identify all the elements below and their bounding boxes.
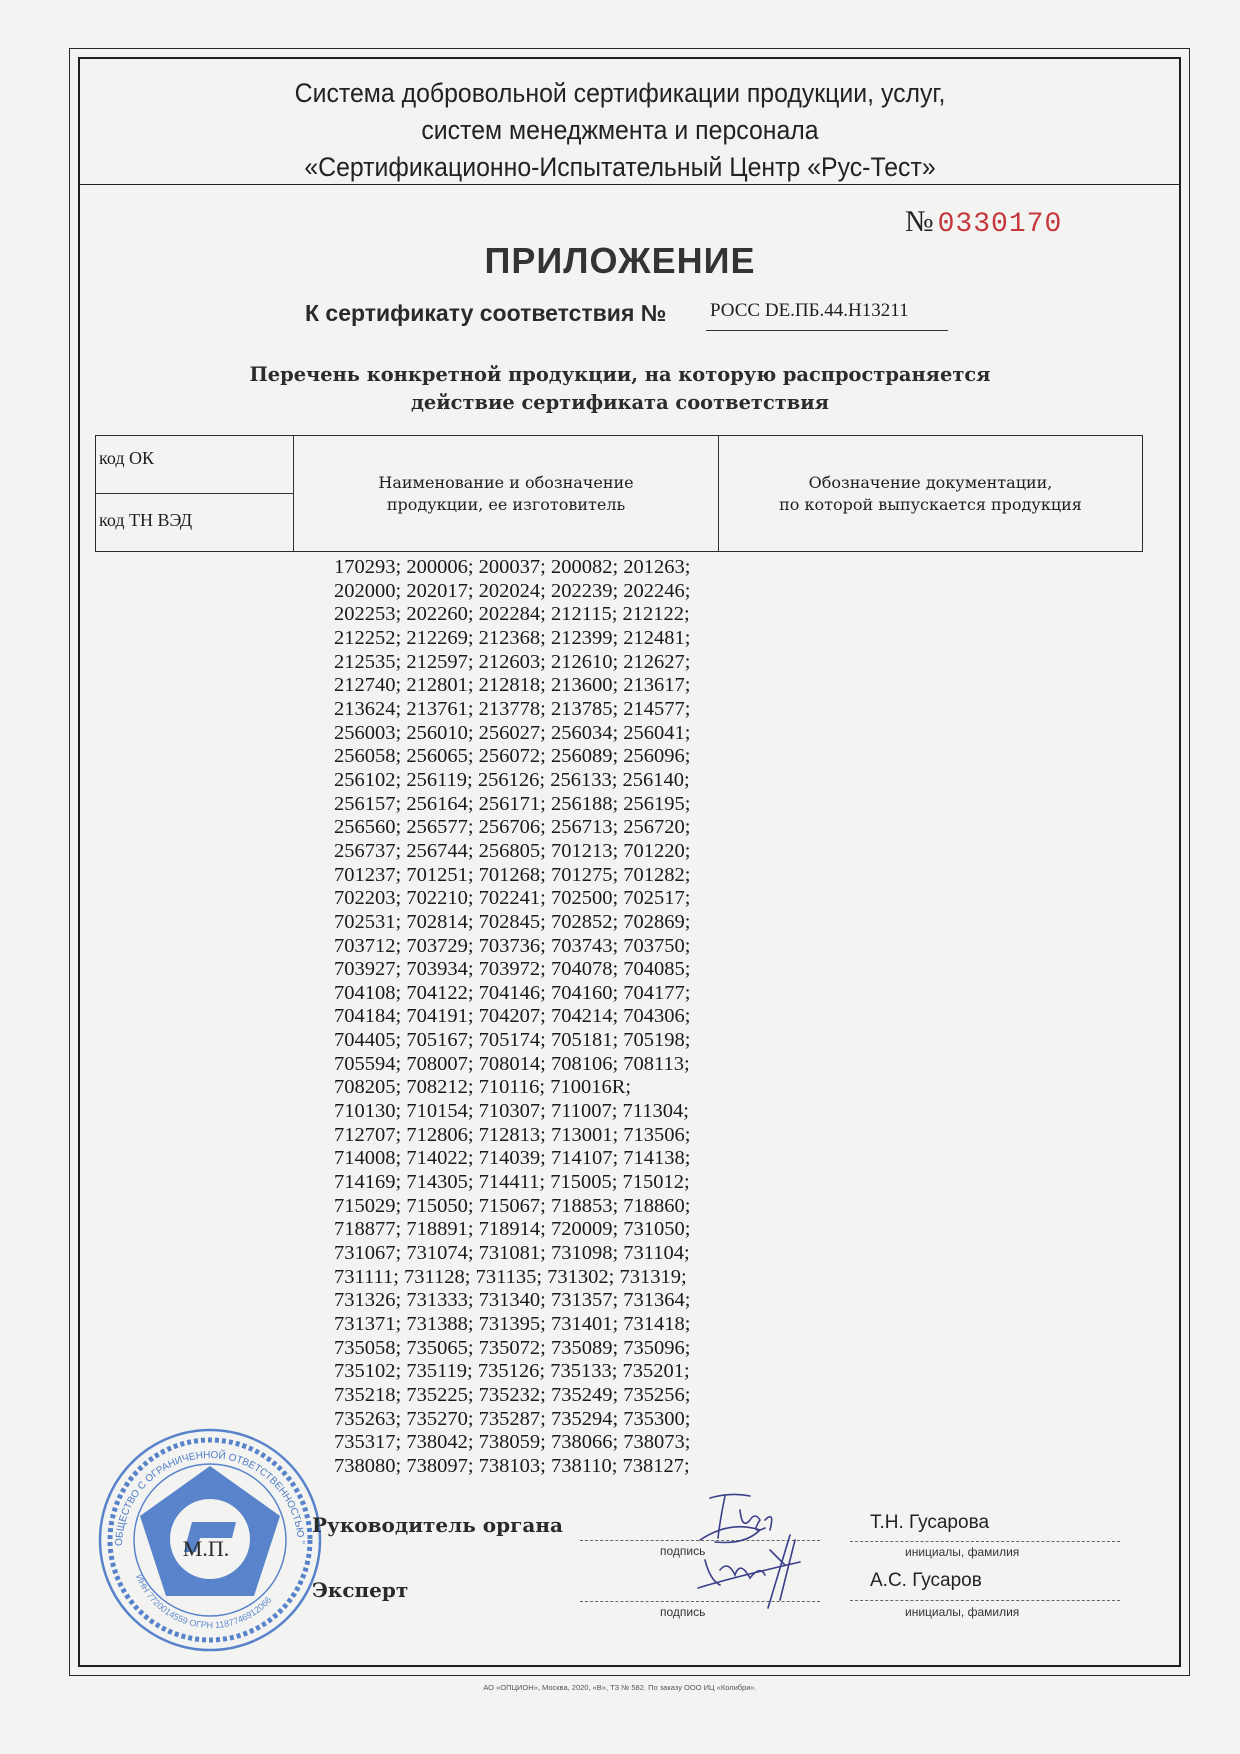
product-code-line: 213624; 213761; 213778; 213785; 214577; (334, 698, 690, 722)
product-code-line: 731371; 731388; 731395; 731401; 731418; (334, 1313, 690, 1337)
product-code-line: 735058; 735065; 735072; 735089; 735096; (334, 1337, 690, 1361)
product-code-line: 708205; 708212; 710116; 710016R; (334, 1076, 690, 1100)
header-text-line: по которой выпускается продукция (779, 494, 1082, 516)
product-code-line: 735102; 735119; 735126; 735133; 735201; (334, 1360, 690, 1384)
header-code-tn-ved: код ТН ВЭД (96, 494, 293, 531)
handwritten-signatures (690, 1490, 850, 1620)
header-text-line: Наименование и обозначение (378, 472, 633, 494)
form-number: №0330170 (905, 205, 1062, 240)
product-code-line: 714008; 714022; 714039; 714107; 714138; (334, 1147, 690, 1171)
product-code-line: 256737; 256744; 256805; 701213; 701220; (334, 840, 690, 864)
header-text-line: Обозначение документации, (779, 472, 1082, 494)
list-subtitle: Перечень конкретной продукции, на котору… (0, 360, 1240, 416)
product-code-line: 202000; 202017; 202024; 202239; 202246; (334, 580, 690, 604)
product-code-line: 731326; 731333; 731340; 731357; 731364; (334, 1289, 690, 1313)
product-code-line: 714169; 714305; 714411; 715005; 715012; (334, 1171, 690, 1195)
header-documentation: Обозначение документации, по которой вып… (719, 436, 1142, 551)
subtitle-line: действие сертификата соответствия (19, 388, 1222, 416)
header-code-ok: код ОК (96, 436, 293, 494)
header-text-line: продукции, ее изготовитель (378, 494, 633, 516)
product-code-line: 702531; 702814; 702845; 702852; 702869; (334, 911, 690, 935)
product-code-line: 710130; 710154; 710307; 711007; 711304; (334, 1100, 690, 1124)
expert-name-caption: инициалы, фамилия (905, 1605, 1019, 1619)
stamp-label: М.П. (183, 1536, 229, 1561)
organization-stamp: ОБЩЕСТВО С ОГРАНИЧЕННОЙ ОТВЕТСТВЕННОСТЬЮ… (96, 1426, 324, 1654)
head-role-label: Руководитель органа (312, 1513, 563, 1537)
head-name: Т.Н. Гусарова (870, 1512, 989, 1534)
product-code-line: 170293; 200006; 200037; 200082; 201263; (334, 556, 690, 580)
product-code-line: 256560; 256577; 256706; 256713; 256720; (334, 816, 690, 840)
product-code-line: 735317; 738042; 738059; 738066; 738073; (334, 1431, 690, 1455)
product-code-line: 256157; 256164; 256171; 256188; 256195; (334, 793, 690, 817)
number-sign: № (905, 205, 934, 238)
product-code-line: 704184; 704191; 704207; 704214; 704306; (334, 1005, 690, 1029)
expert-role-label: Эксперт (312, 1578, 408, 1602)
certificate-ref-label: К сертификату соответствия № (305, 300, 666, 327)
certification-system-title: Система добровольной сертификации продук… (0, 75, 1240, 186)
product-code-line: 212535; 212597; 212603; 212610; 212627; (334, 651, 690, 675)
product-code-line: 256102; 256119; 256126; 256133; 256140; (334, 769, 690, 793)
product-code-line: 256058; 256065; 256072; 256089; 256096; (334, 745, 690, 769)
product-code-line: 704405; 705167; 705174; 705181; 705198; (334, 1029, 690, 1053)
printer-imprint: АО «ОПЦИОН», Москва, 2020, «В», ТЗ № 582… (0, 1683, 1240, 1692)
product-code-line: 731067; 731074; 731081; 731098; 731104; (334, 1242, 690, 1266)
product-code-line: 735263; 735270; 735287; 735294; 735300; (334, 1408, 690, 1432)
product-code-line: 212252; 212269; 212368; 212399; 212481; (334, 627, 690, 651)
product-code-line: 704108; 704122; 704146; 704160; 704177; (334, 982, 690, 1006)
product-code-line: 256003; 256010; 256027; 256034; 256041; (334, 722, 690, 746)
product-code-line: 731111; 731128; 731135; 731302; 731319; (334, 1266, 690, 1290)
product-code-line: 212740; 212801; 212818; 213600; 213617; (334, 674, 690, 698)
product-code-line: 715029; 715050; 715067; 718853; 718860; (334, 1195, 690, 1219)
product-code-line: 202253; 202260; 202284; 212115; 212122; (334, 603, 690, 627)
system-title-line: «Сертификационно-Испытательный Центр «Ру… (50, 149, 1191, 186)
product-code-line: 718877; 718891; 718914; 720009; 731050; (334, 1218, 690, 1242)
head-name-line (850, 1541, 1120, 1542)
product-code-line: 705594; 708007; 708014; 708106; 708113; (334, 1053, 690, 1077)
product-code-list: 170293; 200006; 200037; 200082; 201263;2… (334, 556, 690, 1479)
certificate-ref-value: РОСС DE.ПБ.44.Н13211 (706, 300, 948, 331)
product-code-line: 703712; 703729; 703736; 703743; 703750; (334, 935, 690, 959)
codes-column: код ОК код ТН ВЭД (96, 436, 294, 551)
form-serial-number: 0330170 (938, 209, 1063, 240)
page-title: ПРИЛОЖЕНИЕ (0, 240, 1240, 282)
expert-name-line (850, 1600, 1120, 1601)
head-name-caption: инициалы, фамилия (905, 1545, 1019, 1559)
product-code-line: 712707; 712806; 712813; 713001; 713506; (334, 1124, 690, 1148)
product-code-line: 703927; 703934; 703972; 704078; 704085; (334, 958, 690, 982)
product-code-line: 702203; 702210; 702241; 702500; 702517; (334, 887, 690, 911)
subtitle-line: Перечень конкретной продукции, на котору… (19, 360, 1222, 388)
product-code-line: 738080; 738097; 738103; 738110; 738127; (334, 1455, 690, 1479)
product-table-header: код ОК код ТН ВЭД Наименование и обознач… (95, 435, 1143, 552)
system-title-line: Система добровольной сертификации продук… (50, 75, 1191, 112)
product-code-line: 735218; 735225; 735232; 735249; 735256; (334, 1384, 690, 1408)
product-code-line: 701237; 701251; 701268; 701275; 701282; (334, 864, 690, 888)
header-product-name: Наименование и обозначение продукции, ее… (294, 436, 719, 551)
system-title-line: систем менеджмента и персонала (50, 112, 1191, 149)
expert-name: А.С. Гусаров (870, 1570, 982, 1592)
